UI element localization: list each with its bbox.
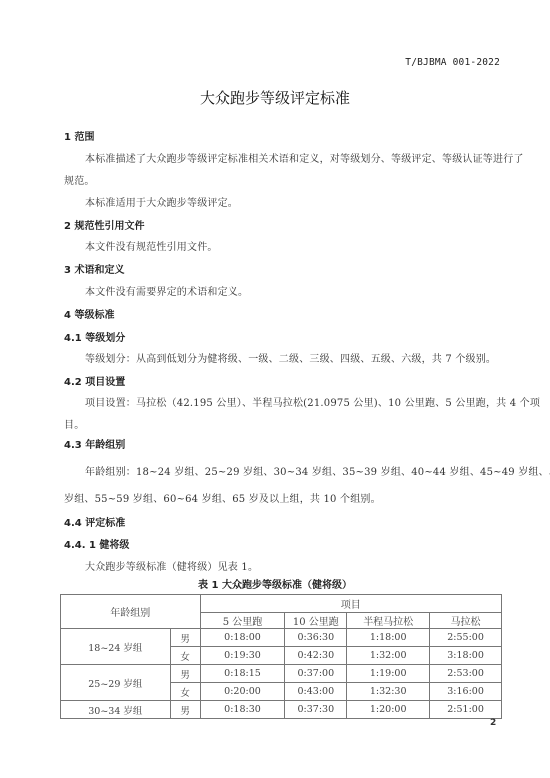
section-1-paragraph-2: 本标准适用于大众跑步等级评定。 [85,194,238,209]
gender-cell: 男 [170,629,200,647]
time-cell: 0:18:30 [200,701,285,719]
section-1-paragraph-1-line-1: 本标准描述了大众跑步等级评定标准相关术语和定义，对等级划分、等级评定、等级认证等… [85,150,524,165]
section-4-4-1-heading: 4.4. 1 健将级 [64,536,129,551]
page-number: 2 [490,718,496,728]
section-4-1-heading: 4.1 等级划分 [64,329,125,344]
time-cell: 1:32:00 [347,647,430,665]
section-4-heading: 4 等级标准 [64,306,114,321]
time-cell: 1:18:00 [347,629,430,647]
time-cell: 0:37:00 [285,665,347,683]
gender-cell: 男 [170,665,200,683]
time-cell: 1:32:30 [347,683,430,701]
header-age-group: 年龄组别 [61,595,201,629]
section-2-heading: 2 规范性引用文件 [64,217,144,232]
section-4-4-heading: 4.4 评定标准 [64,514,125,529]
table-1-caption: 表 1 大众跑步等级标准（健将级） [0,576,550,591]
header-half-marathon: 半程马拉松 [347,613,430,629]
section-3-paragraph: 本文件没有需要界定的术语和定义。 [85,283,248,298]
table-row: 25~29 岁组 男 0:18:15 0:37:00 1:19:00 2:53:… [61,665,502,683]
time-cell: 1:20:00 [347,701,430,719]
time-cell: 3:18:00 [430,647,502,665]
time-cell: 2:51:00 [430,701,502,719]
time-cell: 0:37:30 [285,701,347,719]
header-marathon: 马拉松 [430,613,502,629]
gender-cell: 女 [170,683,200,701]
time-cell: 0:36:30 [285,629,347,647]
table-row: 18~24 岁组 男 0:18:00 0:36:30 1:18:00 2:55:… [61,629,502,647]
age-group-cell: 18~24 岁组 [61,629,171,665]
section-4-2-paragraph-line-2: 目。 [64,416,84,431]
table-row: 30~34 岁组 男 0:18:30 0:37:30 1:20:00 2:51:… [61,701,502,719]
time-cell: 0:18:15 [200,665,285,683]
header-5km: 5 公里跑 [200,613,285,629]
time-cell: 2:53:00 [430,665,502,683]
section-1-paragraph-1-line-2: 规范。 [64,172,95,187]
time-cell: 0:20:00 [200,683,285,701]
time-cell: 0:42:30 [285,647,347,665]
table-1: 年龄组别 项目 5 公里跑 10 公里跑 半程马拉松 马拉松 18~24 岁组 … [60,594,502,719]
section-4-4-1-paragraph: 大众跑步等级标准（健将级）见表 1。 [85,558,258,573]
gender-cell: 女 [170,647,200,665]
section-4-3-heading: 4.3 年龄组别 [64,436,125,451]
section-4-2-heading: 4.2 项目设置 [64,373,125,388]
time-cell: 3:16:00 [430,683,502,701]
gender-cell: 男 [170,701,200,719]
document-id: T/BJBMA 001-2022 [405,57,500,68]
time-cell: 0:18:00 [200,629,285,647]
time-cell: 0:43:00 [285,683,347,701]
section-1-heading: 1 范围 [64,128,94,143]
time-cell: 2:55:00 [430,629,502,647]
section-4-1-paragraph: 等级划分：从高到低划分为健将级、一级、二级、三级、四级、五级、六级，共 7 个级… [85,350,496,365]
header-10km: 10 公里跑 [285,613,347,629]
section-2-paragraph: 本文件没有规范性引用文件。 [85,238,218,253]
page-title: 大众跑步等级评定标准 [0,87,550,108]
time-cell: 0:19:30 [200,647,285,665]
age-group-cell: 25~29 岁组 [61,665,171,701]
age-group-cell: 30~34 岁组 [61,701,171,719]
header-items: 项目 [200,595,501,613]
section-3-heading: 3 术语和定义 [64,261,124,276]
time-cell: 1:19:00 [347,665,430,683]
section-4-2-paragraph-line-1: 项目设置：马拉松（42.195 公里）、半程马拉松(21.0975 公里)、10… [85,394,540,409]
section-4-3-paragraph-line-1: 年龄组别：18~24 岁组、25~29 岁组、30~34 岁组、35~39 岁组… [85,463,550,478]
section-4-3-paragraph-line-2: 岁组、55~59 岁组、60~64 岁组、65 岁及以上组，共 10 个组别。 [64,490,381,505]
